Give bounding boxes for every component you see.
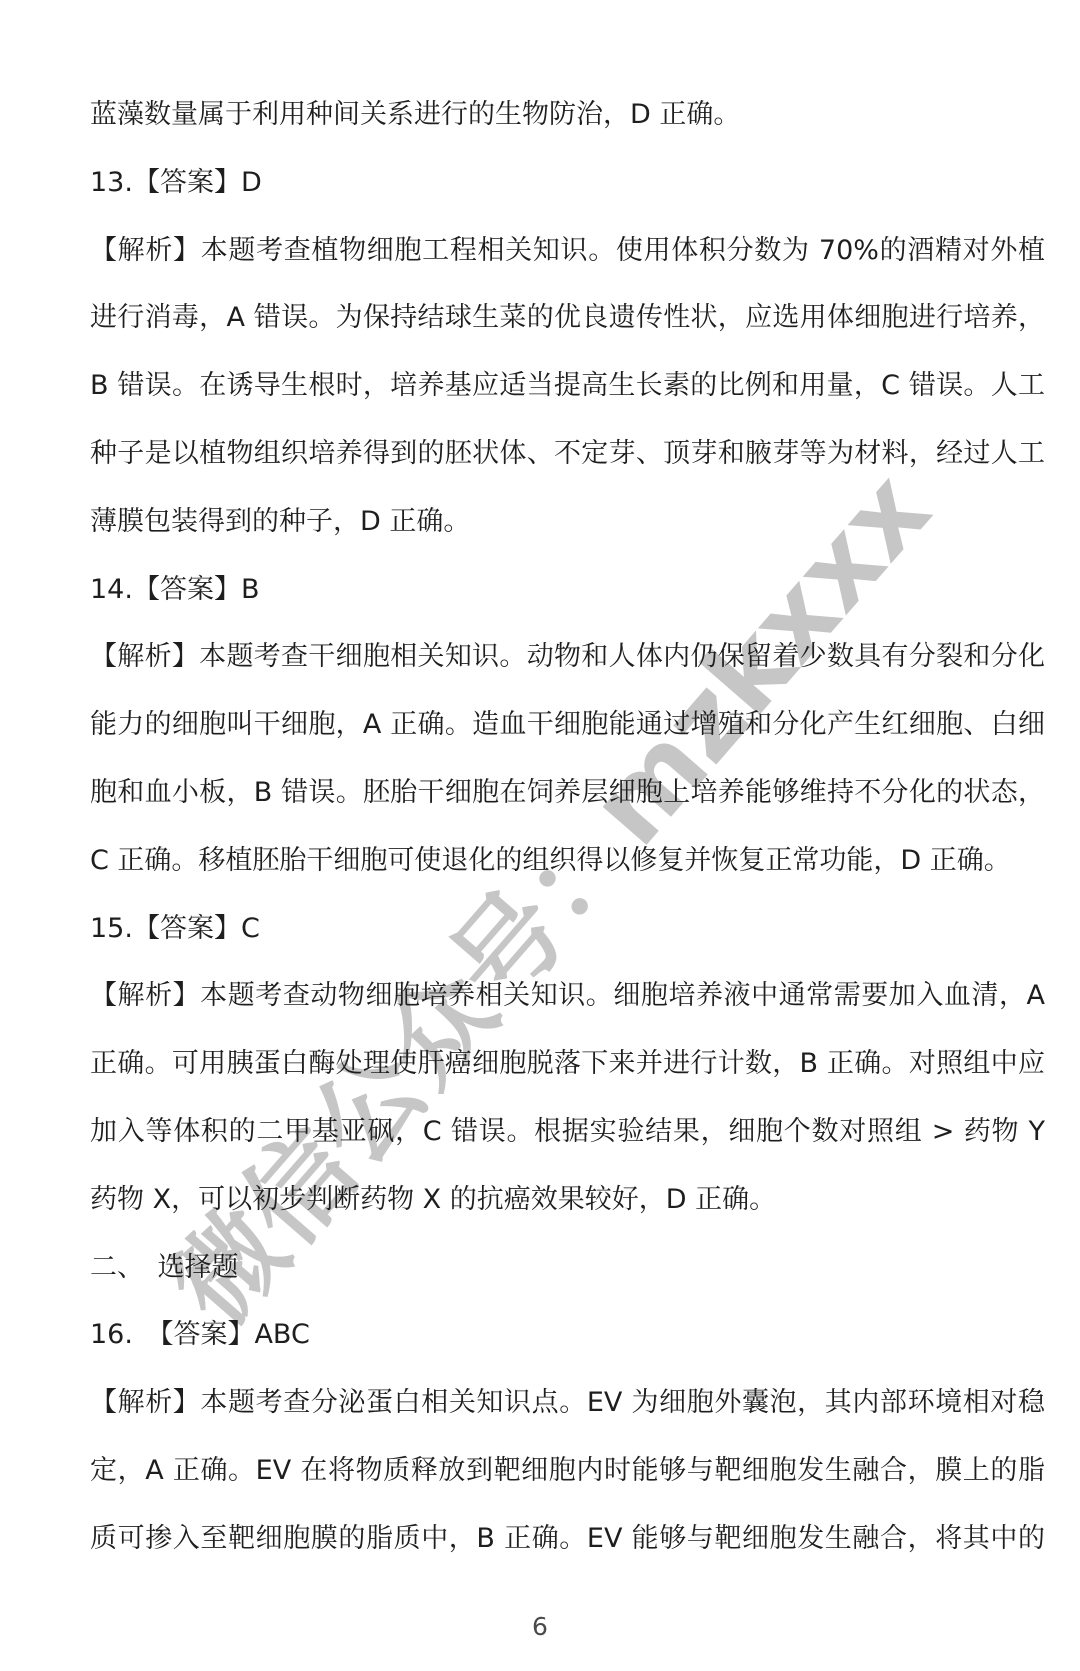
text-line: 能力的细胞叫干细胞，A 正确。造血干细胞能通过增殖和分化产生红细胞、白细 — [90, 691, 1045, 759]
text-line: 进行消毒，A 错误。为保持结球生菜的优良遗传性状，应选用体细胞进行培养， — [90, 284, 1045, 352]
text-line-analysis-16: 【解析】本题考查分泌蛋白相关知识点。EV 为细胞外囊泡，其内部环境相对稳 — [90, 1369, 1045, 1437]
page-number: 6 — [0, 1612, 1080, 1641]
text-line-answer-13: 13.【答案】D — [90, 149, 1045, 217]
answer-key-text-block: 蓝藻数量属于利用种间关系进行的生物防治，D 正确。 13.【答案】D 【解析】本… — [90, 81, 1045, 1573]
text-line: C 正确。移植胚胎干细胞可使退化的组织得以修复并恢复正常功能，D 正确。 — [90, 827, 1045, 895]
text-line: 药物 X，可以初步判断药物 X 的抗癌效果较好，D 正确。 — [90, 1166, 1045, 1234]
text-line-answer-16: 16. 【答案】ABC — [90, 1301, 1045, 1369]
text-line-analysis-14: 【解析】本题考查干细胞相关知识。动物和人体内仍保留着少数具有分裂和分化 — [90, 623, 1045, 691]
text-line-answer-14: 14.【答案】B — [90, 556, 1045, 624]
text-line: 胞和血小板，B 错误。胚胎干细胞在饲养层细胞上培养能够维持不分化的状态， — [90, 759, 1045, 827]
text-line: 质可掺入至靶细胞膜的脂质中，B 正确。EV 能够与靶细胞发生融合，将其中的 — [90, 1505, 1045, 1573]
text-line: 薄膜包装得到的种子，D 正确。 — [90, 488, 1045, 556]
text-line: 定，A 正确。EV 在将物质释放到靶细胞内时能够与靶细胞发生融合，膜上的脂 — [90, 1437, 1045, 1505]
text-line-analysis-13: 【解析】本题考查植物细胞工程相关知识。使用体积分数为 70%的酒精对外植体 — [90, 217, 1045, 285]
text-line: 正确。可用胰蛋白酶处理使肝癌细胞脱落下来并进行计数，B 正确。对照组中应 — [90, 1030, 1045, 1098]
text-line: 种子是以植物组织培养得到的胚状体、不定芽、顶芽和腋芽等为材料，经过人工 — [90, 420, 1045, 488]
text-line-answer-15: 15.【答案】C — [90, 895, 1045, 963]
text-line: 加入等体积的二甲基亚砜，C 错误。根据实验结果，细胞个数对照组 > 药物 Y > — [90, 1098, 1045, 1166]
section-heading-multiple-choice: 二、 选择题 — [90, 1234, 1045, 1302]
document-page: 微信公众号：mzkxxx 蓝藻数量属于利用种间关系进行的生物防治，D 正确。 1… — [0, 0, 1080, 1671]
text-line-analysis-15: 【解析】本题考查动物细胞培养相关知识。细胞培养液中通常需要加入血清，A — [90, 962, 1045, 1030]
text-line: 蓝藻数量属于利用种间关系进行的生物防治，D 正确。 — [90, 81, 1045, 149]
text-line: B 错误。在诱导生根时，培养基应适当提高生长素的比例和用量，C 错误。人工 — [90, 352, 1045, 420]
